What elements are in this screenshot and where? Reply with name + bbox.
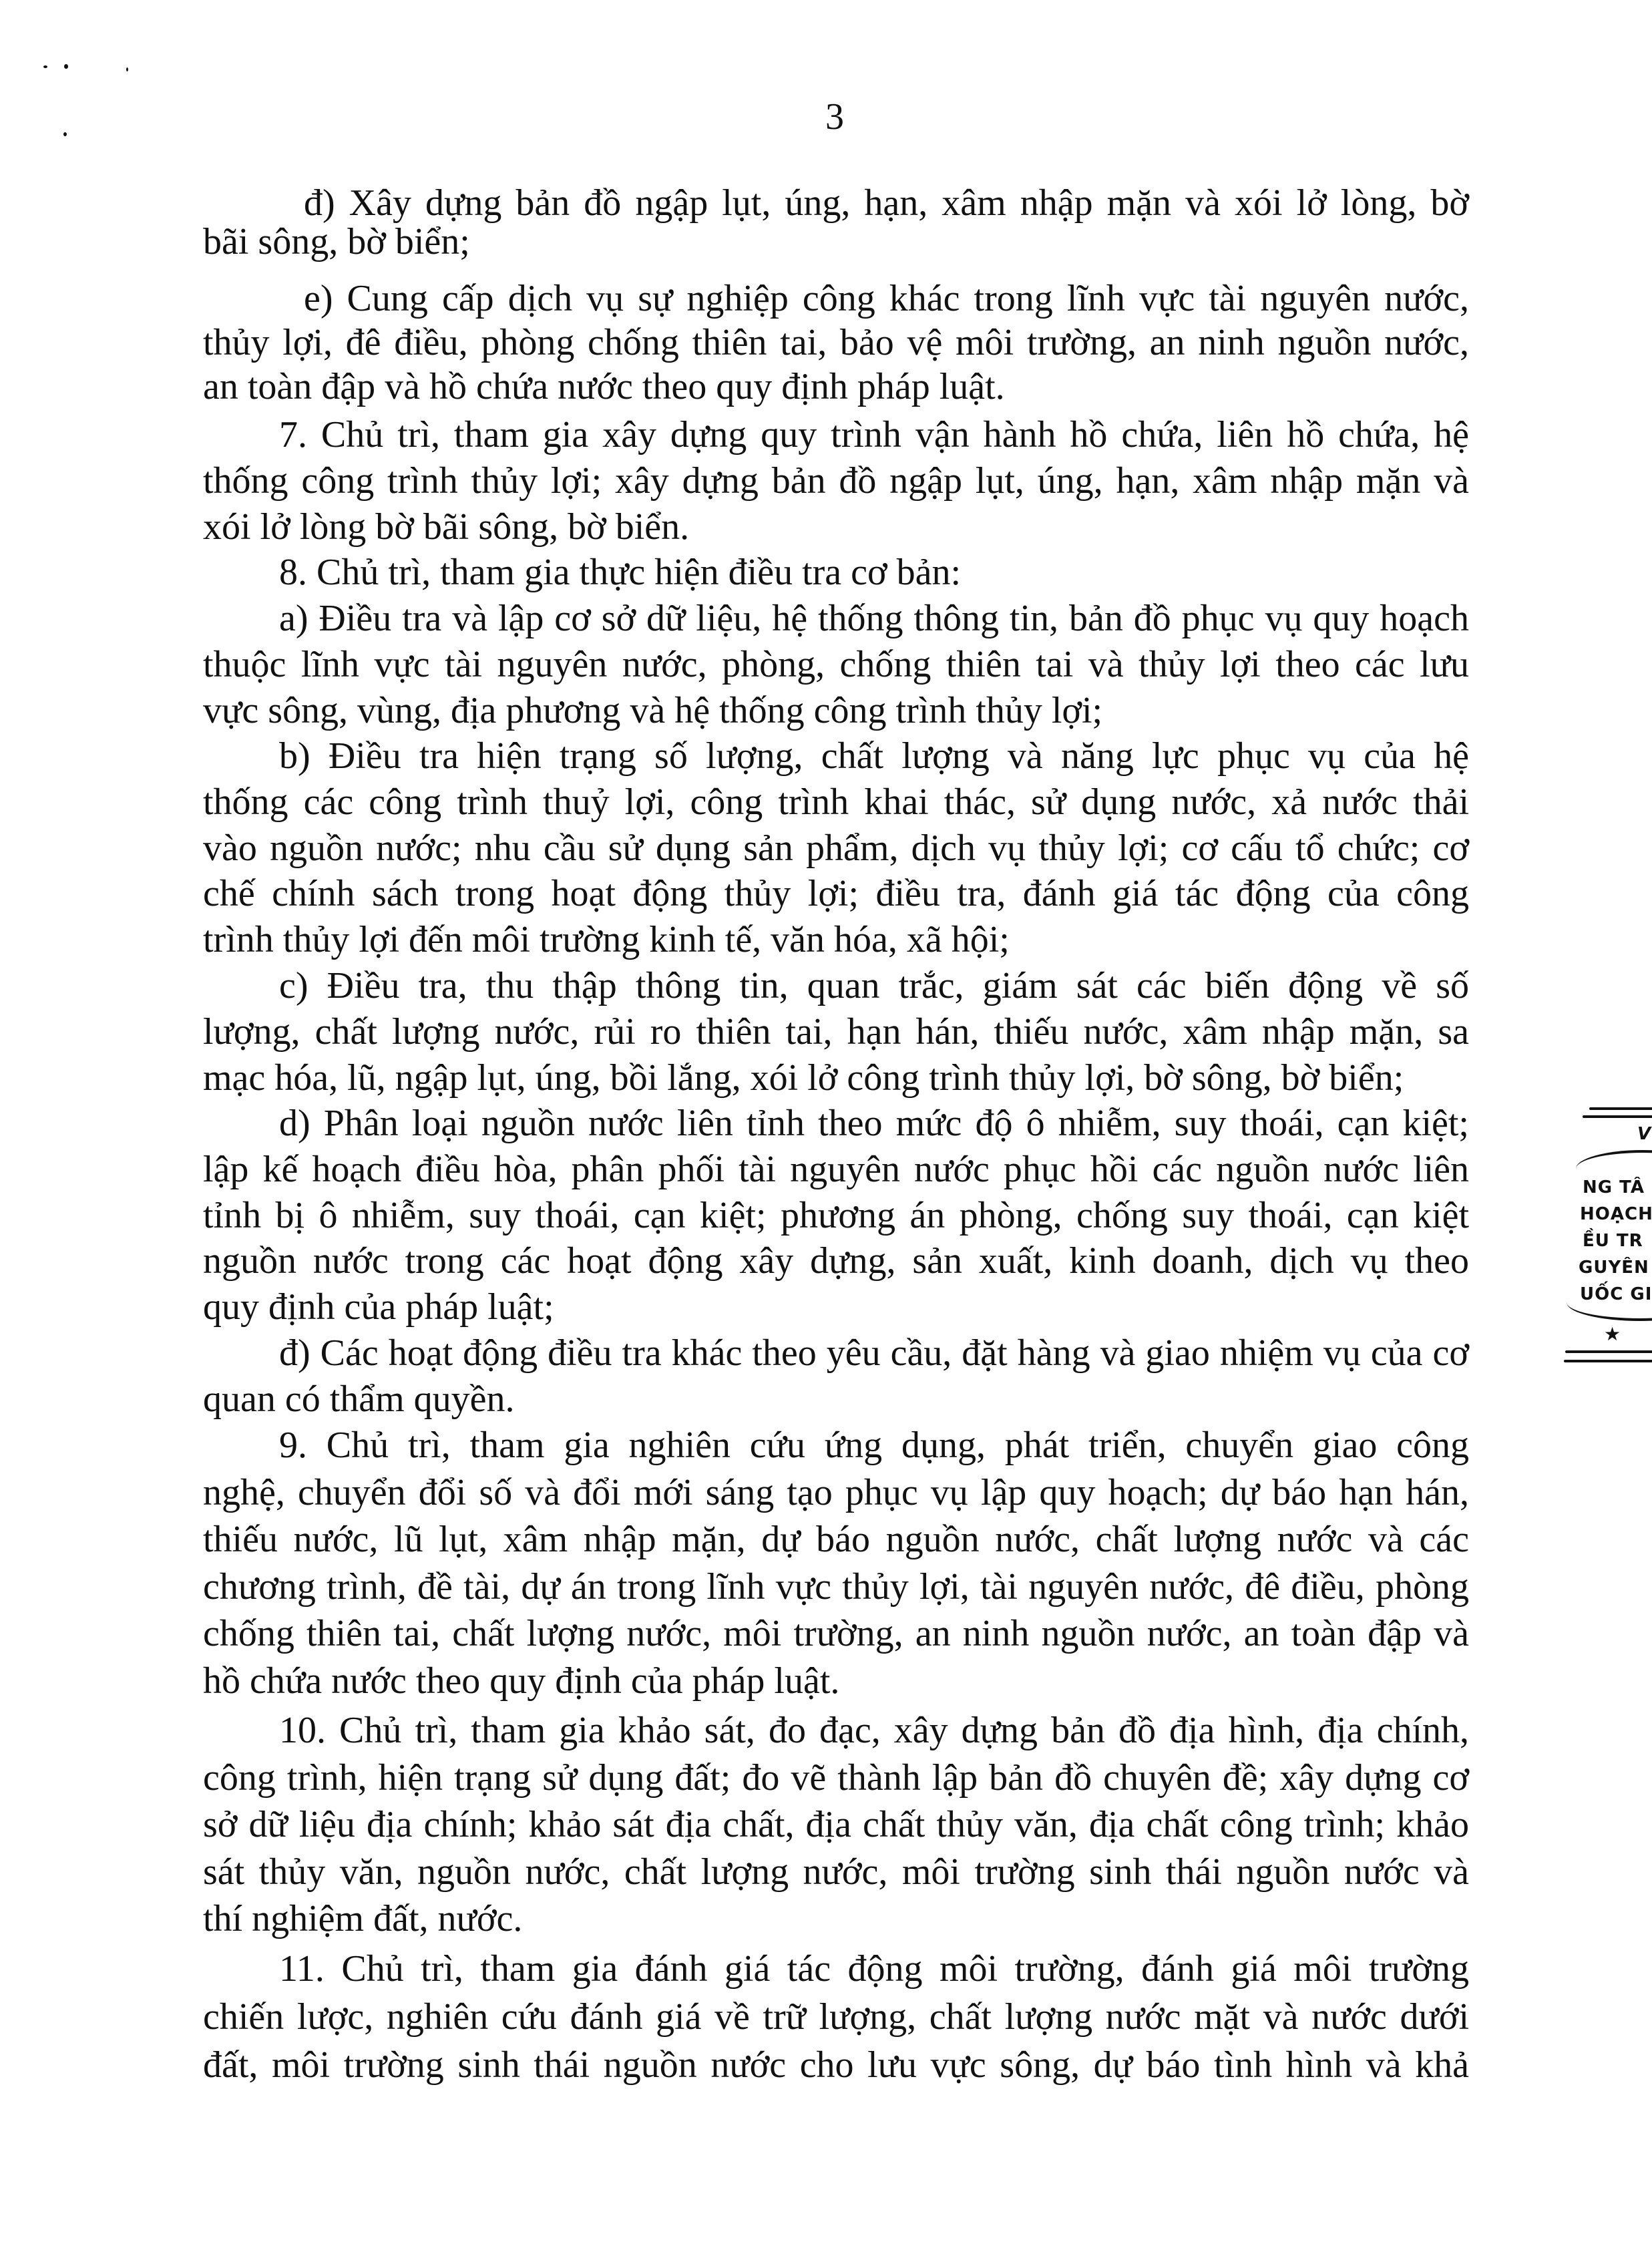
stamp-letter: V bbox=[1637, 1121, 1651, 1147]
stamp-rule bbox=[1564, 1360, 1652, 1362]
scan-speck bbox=[126, 67, 128, 71]
paragraph-line: hồ chứa nước theo quy định của pháp luật… bbox=[203, 1658, 1469, 1704]
paragraph-first-line: 10. Chủ trì, tham gia khảo sát, đo đạc, … bbox=[279, 1708, 1469, 1753]
paragraph-line: quan có thẩm quyền. bbox=[203, 1376, 1469, 1422]
paragraph-first-line: 7. Chủ trì, tham gia xây dựng quy trình … bbox=[279, 412, 1469, 457]
stamp-rule bbox=[1583, 1115, 1652, 1118]
paragraph-line: xói lở lòng bờ bãi sông, bờ biển. bbox=[203, 504, 1469, 550]
paragraph-line: lập kế hoạch điều hòa, phân phối tài ngu… bbox=[203, 1147, 1469, 1192]
stamp-rule bbox=[1589, 1107, 1652, 1110]
paragraph-line: an toàn đập và hồ chứa nước theo quy địn… bbox=[203, 364, 1469, 409]
paragraph-first-line: a) Điều tra và lập cơ sở dữ liệu, hệ thố… bbox=[279, 596, 1469, 641]
scan-speck bbox=[63, 132, 67, 136]
paragraph-line: thủy lợi, đê điều, phòng chống thiên tai… bbox=[203, 320, 1469, 365]
paragraph-line: bãi sông, bờ biển; bbox=[203, 219, 1469, 264]
paragraph-line: thống các công trình thuỷ lợi, công trìn… bbox=[203, 779, 1469, 825]
page-number: 3 bbox=[815, 93, 855, 140]
paragraph-line: vực sông, vùng, địa phương và hệ thống c… bbox=[203, 688, 1469, 733]
paragraph-line: công trình, hiện trạng sử dụng đất; đo v… bbox=[203, 1755, 1469, 1801]
paragraph-first-line: b) Điều tra hiện trạng số lượng, chất lư… bbox=[279, 733, 1469, 779]
paragraph-line: mạc hóa, lũ, ngập lụt, úng, bồi lắng, xó… bbox=[203, 1055, 1469, 1101]
stamp-text-line: NG TÂ bbox=[1583, 1174, 1645, 1201]
paragraph-line: trình thủy lợi đến môi trường kinh tế, v… bbox=[203, 917, 1469, 962]
stamp-text-line: HOẠCH bbox=[1580, 1201, 1652, 1228]
paragraph-line: chương trình, đề tài, dự án trong lĩnh v… bbox=[203, 1564, 1469, 1610]
scan-speck bbox=[43, 65, 47, 68]
paragraph-first-line: 9. Chủ trì, tham gia nghiên cứu ứng dụng… bbox=[279, 1423, 1469, 1468]
paragraph-line: nguồn nước trong các hoạt động xây dựng,… bbox=[203, 1238, 1469, 1284]
paragraph-line: nghệ, chuyển đổi số và đổi mới sáng tạo … bbox=[203, 1470, 1469, 1515]
paragraph-line: quy định của pháp luật; bbox=[203, 1284, 1469, 1330]
paragraph-line: sở dữ liệu địa chính; khảo sát địa chất,… bbox=[203, 1802, 1469, 1847]
scan-speck bbox=[64, 64, 68, 69]
paragraph-line: thiếu nước, lũ lụt, xâm nhập mặn, dự báo… bbox=[203, 1517, 1469, 1562]
paragraph-line: chiến lược, nghiên cứu đánh giá về trữ l… bbox=[203, 1994, 1469, 2040]
paragraph-line: chống thiên tai, chất lượng nước, môi tr… bbox=[203, 1611, 1469, 1656]
stamp-text-line: ỀU TR bbox=[1583, 1228, 1643, 1254]
paragraph-first-line: d) Phân loại nguồn nước liên tỉnh theo m… bbox=[279, 1101, 1469, 1146]
paragraph-line: sát thủy văn, nguồn nước, chất lượng nướ… bbox=[203, 1849, 1469, 1895]
paragraph-first-line: e) Cung cấp dịch vụ sự nghiệp công khác … bbox=[304, 276, 1469, 321]
paragraph-line: thuộc lĩnh vực tài nguyên nước, phòng, c… bbox=[203, 642, 1469, 687]
paragraph-line: vào nguồn nước; nhu cầu sử dụng sản phẩm… bbox=[203, 825, 1469, 871]
paragraph-first-line: 8. Chủ trì, tham gia thực hiện điều tra … bbox=[279, 550, 1469, 595]
paragraph-line: đất, môi trường sinh thái nguồn nước cho… bbox=[203, 2042, 1469, 2088]
paragraph-line: lượng, chất lượng nước, rủi ro thiên tai… bbox=[203, 1009, 1469, 1055]
paragraph-line: chế chính sách trong hoạt động thủy lợi;… bbox=[203, 871, 1469, 916]
paragraph-first-line: đ) Các hoạt động điều tra khác theo yêu … bbox=[279, 1330, 1469, 1376]
stamp-curve bbox=[1576, 1150, 1652, 1169]
star-icon: ★ bbox=[1604, 1326, 1621, 1344]
paragraph-first-line: 11. Chủ trì, tham gia đánh giá tác động … bbox=[279, 1946, 1469, 1992]
paragraph-line: thống công trình thủy lợi; xây dựng bản … bbox=[203, 458, 1469, 504]
stamp-rule bbox=[1565, 1350, 1652, 1353]
stamp-curve bbox=[1567, 1302, 1652, 1321]
paragraph-line: thí nghiệm đất, nước. bbox=[203, 1896, 1469, 1941]
paragraph-line: tỉnh bị ô nhiễm, suy thoái, cạn kiệt; ph… bbox=[203, 1193, 1469, 1238]
stamp-text-line: GUYÊN bbox=[1579, 1254, 1649, 1281]
paragraph-first-line: c) Điều tra, thu thập thông tin, quan tr… bbox=[279, 963, 1469, 1008]
official-seal-stamp: V NG TÂ HOẠCH ỀU TR GUYÊN UỐC GI ★ bbox=[1563, 1102, 1652, 1369]
